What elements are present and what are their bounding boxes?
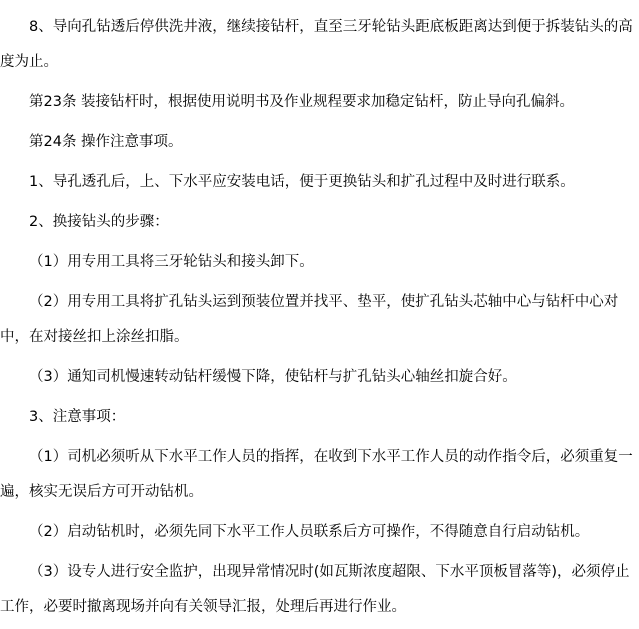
paragraph-note-1: 1、导孔透孔后，上、下水平应安装电话，便于更换钻头和扩孔过程中及时进行联系。 [0,165,639,200]
document-page: 8、导向孔钻透后停供洗井液，继续接钻杆，直至三牙轮钻头距底板距离达到便于拆装钻头… [0,0,639,629]
paragraph-step-2-1: （1）用专用工具将三牙轮钻头和接头卸下。 [0,245,639,280]
paragraph-caution-1: （1）司机必须听从下水平工作人员的指挥，在收到下水平工作人员的动作指令后，必须重… [0,440,639,510]
paragraph-caution-2: （2）启动钻机时，必须先同下水平工作人员联系后方可操作，不得随意自行启动钻机。 [0,515,639,550]
paragraph-step-2-2: （2）用专用工具将扩孔钻头运到预装位置并找平、垫平，使扩孔钻头芯轴中心与钻杆中心… [0,285,639,355]
paragraph-note-2: 2、换接钻头的步骤： [0,205,639,240]
paragraph-caution-3: （3）设专人进行安全监护，出现异常情况时(如瓦斯浓度超限、下水平顶板冒落等)，必… [0,555,639,625]
paragraph-note-3: 3、注意事项： [0,400,639,435]
paragraph-step-2-3: （3）通知司机慢速转动钻杆缓慢下降，使钻杆与扩孔钻头心轴丝扣旋合好。 [0,360,639,395]
paragraph-article-24: 第24条 操作注意事项。 [0,125,639,160]
paragraph-article-23: 第23条 装接钻杆时，根据使用说明书及作业规程要求加稳定钻杆，防止导向孔偏斜。 [0,85,639,120]
paragraph-step-8: 8、导向孔钻透后停供洗井液，继续接钻杆，直至三牙轮钻头距底板距离达到便于拆装钻头… [0,10,639,80]
